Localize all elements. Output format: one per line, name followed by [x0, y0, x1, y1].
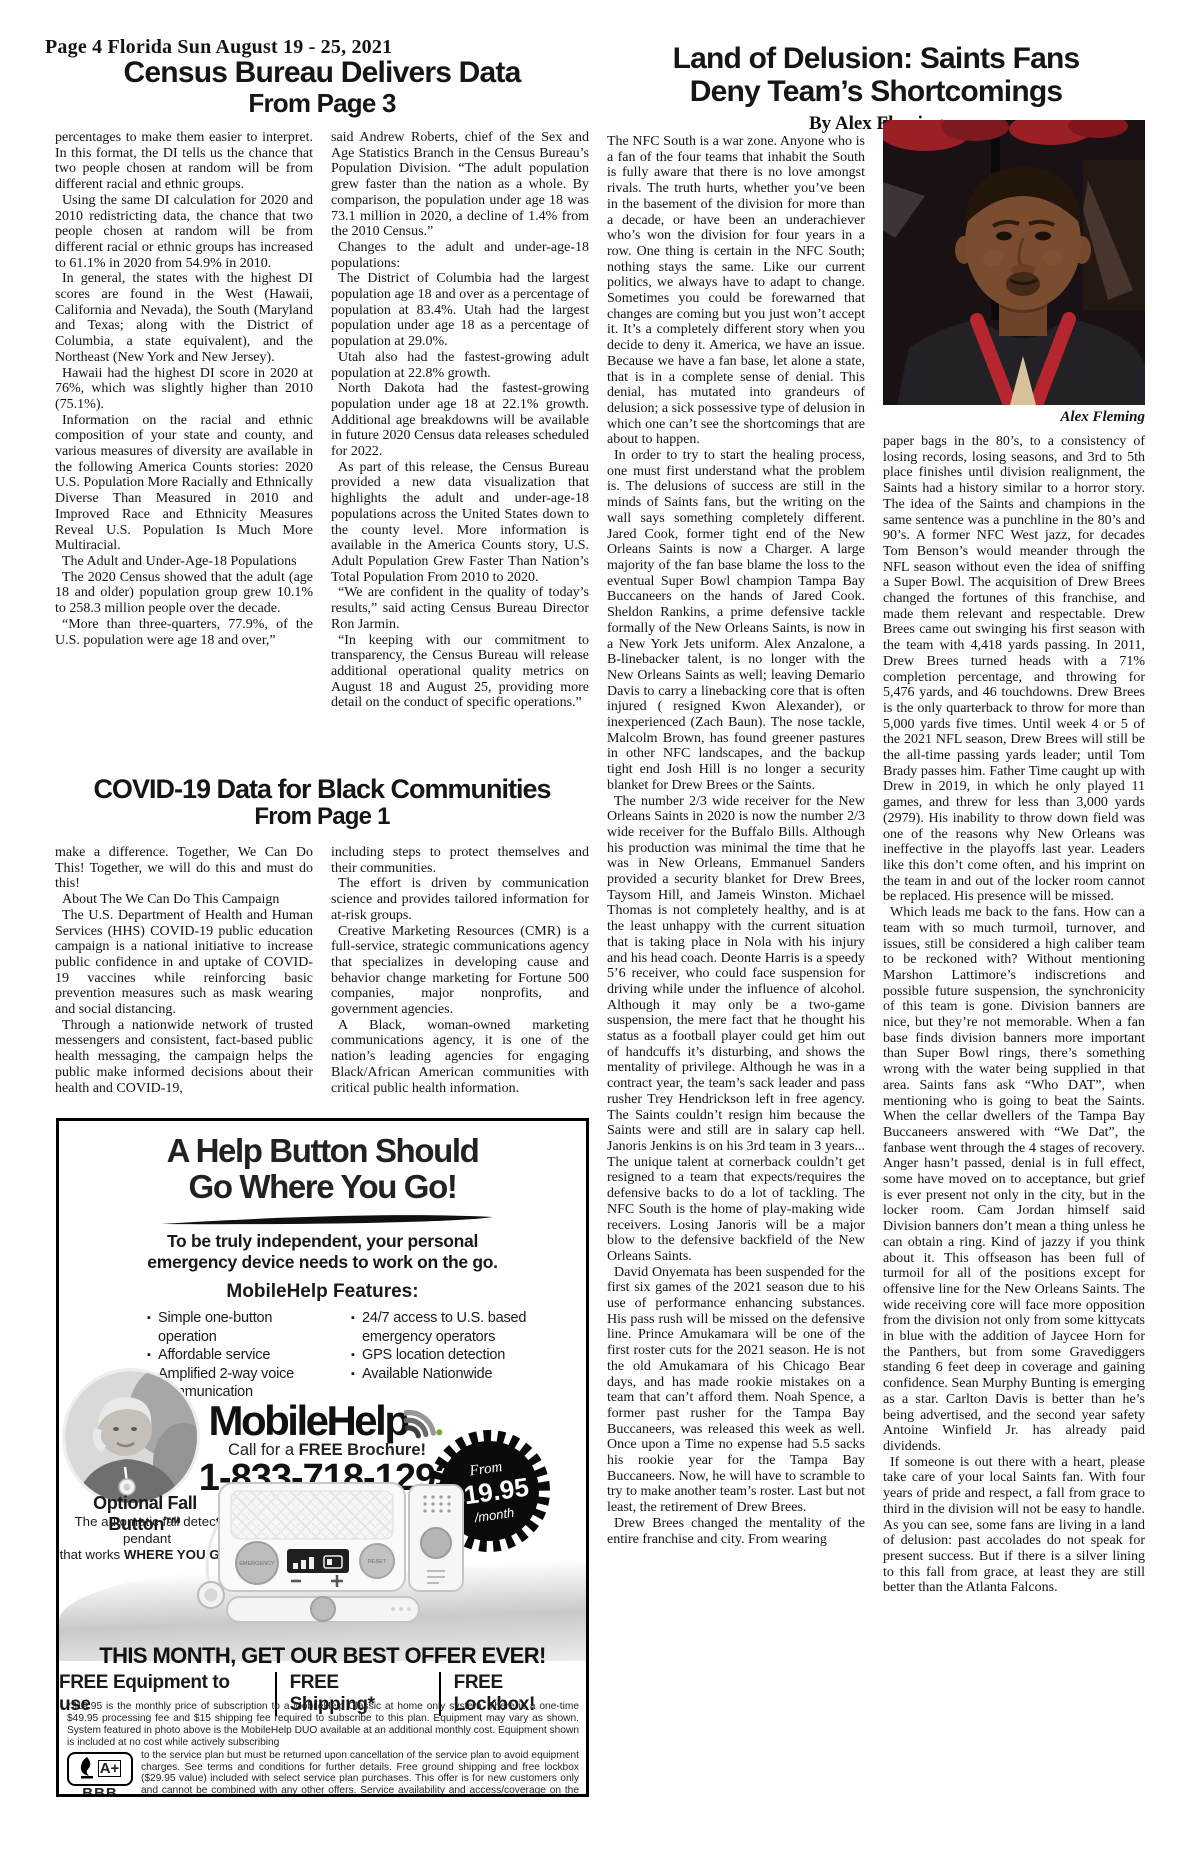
features-title: MobileHelp Features:	[59, 1281, 586, 1303]
saints-column-2: Alex Fleming paper bags in the 80’s, to …	[883, 120, 1145, 1596]
paragraph: Utah also had the fastest-growing adult …	[331, 350, 589, 381]
paragraph: percentages to make them easier to inter…	[55, 130, 313, 193]
saints-column-1: The NFC South is a war zone. Anyone who …	[607, 134, 865, 1547]
census-column-1: percentages to make them easier to inter…	[55, 130, 313, 778]
offer-line: THIS MONTH, GET OUR BEST OFFER EVER!	[59, 1643, 586, 1669]
feature-item: Simple one-button operation	[147, 1309, 325, 1346]
census-column-2: said Andrew Roberts, chief of the Sex an…	[331, 130, 589, 778]
ad-headline-line1: A Help Button Should	[59, 1133, 586, 1169]
fine-print-rest: A+ BBB to the service plan but must be r…	[67, 1750, 579, 1797]
underline-swoosh	[154, 1211, 499, 1227]
paragraph: Drew Brees changed the mentality of the …	[607, 1516, 865, 1547]
paragraph: If someone is out there with a heart, pl…	[883, 1455, 1145, 1596]
ad-headline-line2: Go Where You Go!	[59, 1169, 586, 1205]
bbb-name: BBB	[67, 1786, 133, 1797]
paragraph: The District of Columbia had the largest…	[331, 271, 589, 350]
feature-item: Affordable service	[147, 1346, 325, 1365]
paragraph: Creative Marketing Resources (CMR) is a …	[331, 924, 589, 1018]
paragraph: As part of this release, the Census Bure…	[331, 460, 589, 586]
paragraph: “More than three-quarters, 77.9%, of the…	[55, 617, 313, 648]
paragraph: Changes to the adult and under-age-18 po…	[331, 240, 589, 271]
paragraph: The Adult and Under-Age-18 Populations	[55, 554, 313, 570]
paragraph: “We are confident in the quality of toda…	[331, 585, 589, 632]
newspaper-page: Page 4 Florida Sun August 19 - 25, 2021 …	[0, 0, 1200, 1855]
paragraph: The NFC South is a war zone. Anyone who …	[607, 134, 865, 448]
saints-title-line2: Deny Team’s Shortcomings	[607, 75, 1145, 108]
paragraph: Using the same DI calculation for 2020 a…	[55, 193, 313, 272]
census-title: Census Bureau Delivers Data	[55, 56, 589, 89]
paragraph: The 2020 Census showed that the adult (a…	[55, 570, 313, 617]
feature-item: 24/7 access to U.S. based emergency oper…	[351, 1309, 529, 1346]
saints-column-2-text: paper bags in the 80’s, to a consistency…	[883, 434, 1145, 1596]
fall-desc-line2: that works	[60, 1547, 124, 1562]
paragraph: paper bags in the 80’s, to a consistency…	[883, 434, 1145, 905]
ad-subhead-line2: emergency device needs to work on the go…	[59, 1252, 586, 1273]
feature-item: GPS location detection	[351, 1346, 529, 1365]
paragraph: In general, the states with the highest …	[55, 271, 313, 365]
ad-subhead-line1: To be truly independent, your personal	[59, 1231, 586, 1252]
paragraph: The number 2/3 wide receiver for the New…	[607, 794, 865, 1265]
covid-column-2: including steps to protect themselves an…	[331, 845, 589, 1111]
covid-column-1: make a difference. Together, We Can Do T…	[55, 845, 313, 1111]
feature-item: Available Nationwide	[351, 1365, 529, 1384]
svg-text:EMERGENCY: EMERGENCY	[239, 1561, 275, 1567]
brand-name: MobileHelp	[208, 1397, 407, 1444]
mobilehelp-ad: A Help Button Should Go Where You Go! To…	[56, 1118, 589, 1797]
svg-text:RESET: RESET	[368, 1559, 387, 1565]
paragraph: The U.S. Department of Health and Human …	[55, 908, 313, 1018]
covid-columns: make a difference. Together, We Can Do T…	[55, 845, 589, 1111]
features-list-right: 24/7 access to U.S. based emergency oper…	[351, 1309, 529, 1402]
paragraph: Hawaii had the highest DI score in 2020 …	[55, 366, 313, 413]
paragraph: make a difference. Together, We Can Do T…	[55, 845, 313, 892]
census-article-header: Census Bureau Delivers Data From Page 3	[55, 56, 589, 117]
paragraph: North Dakota had the fastest-growing pop…	[331, 381, 589, 460]
paragraph: Through a nationwide network of trusted …	[55, 1018, 313, 1097]
device-photo: EMERGENCY RESET	[187, 1477, 479, 1629]
paragraph: A Black, woman-owned marketing communica…	[331, 1018, 589, 1097]
covid-title: COVID-19 Data for Black Communities	[55, 774, 589, 804]
paragraph: In order to try to start the healing pro…	[607, 448, 865, 793]
author-photo	[883, 120, 1145, 405]
census-columns: percentages to make them easier to inter…	[55, 130, 589, 778]
features-lists: Simple one-button operationAffordable se…	[147, 1309, 529, 1402]
paragraph: Information on the racial and ethnic com…	[55, 413, 313, 554]
fine-print: *$19.95 is the monthly price of subscrip…	[67, 1701, 579, 1797]
paragraph: said Andrew Roberts, chief of the Sex an…	[331, 130, 589, 240]
bbb-accreditation-logo: A+ BBB	[67, 1752, 133, 1797]
torch-icon	[79, 1757, 95, 1781]
paragraph: The effort is driven by communication sc…	[331, 876, 589, 923]
paragraph: David Onyemata has been suspended for th…	[607, 1265, 865, 1516]
paragraph: “In keeping with our commitment to trans…	[331, 633, 589, 712]
fine-print-text: to the service plan but must be returned…	[67, 1750, 579, 1797]
paragraph: including steps to protect themselves an…	[331, 845, 589, 876]
paragraph: About The We Can Do This Campaign	[55, 892, 313, 908]
saints-title-line1: Land of Delusion: Saints Fans	[607, 42, 1145, 75]
covid-article-header: COVID-19 Data for Black Communities From…	[55, 774, 589, 830]
paragraph: Which leads me back to the fans. How can…	[883, 905, 1145, 1455]
fine-print-intro: *$19.95 is the monthly price of subscrip…	[67, 1701, 579, 1749]
bbb-rating: A+	[98, 1760, 122, 1777]
photo-caption: Alex Fleming	[883, 409, 1145, 426]
covid-subtitle: From Page 1	[55, 804, 589, 830]
census-subtitle: From Page 3	[55, 89, 589, 117]
